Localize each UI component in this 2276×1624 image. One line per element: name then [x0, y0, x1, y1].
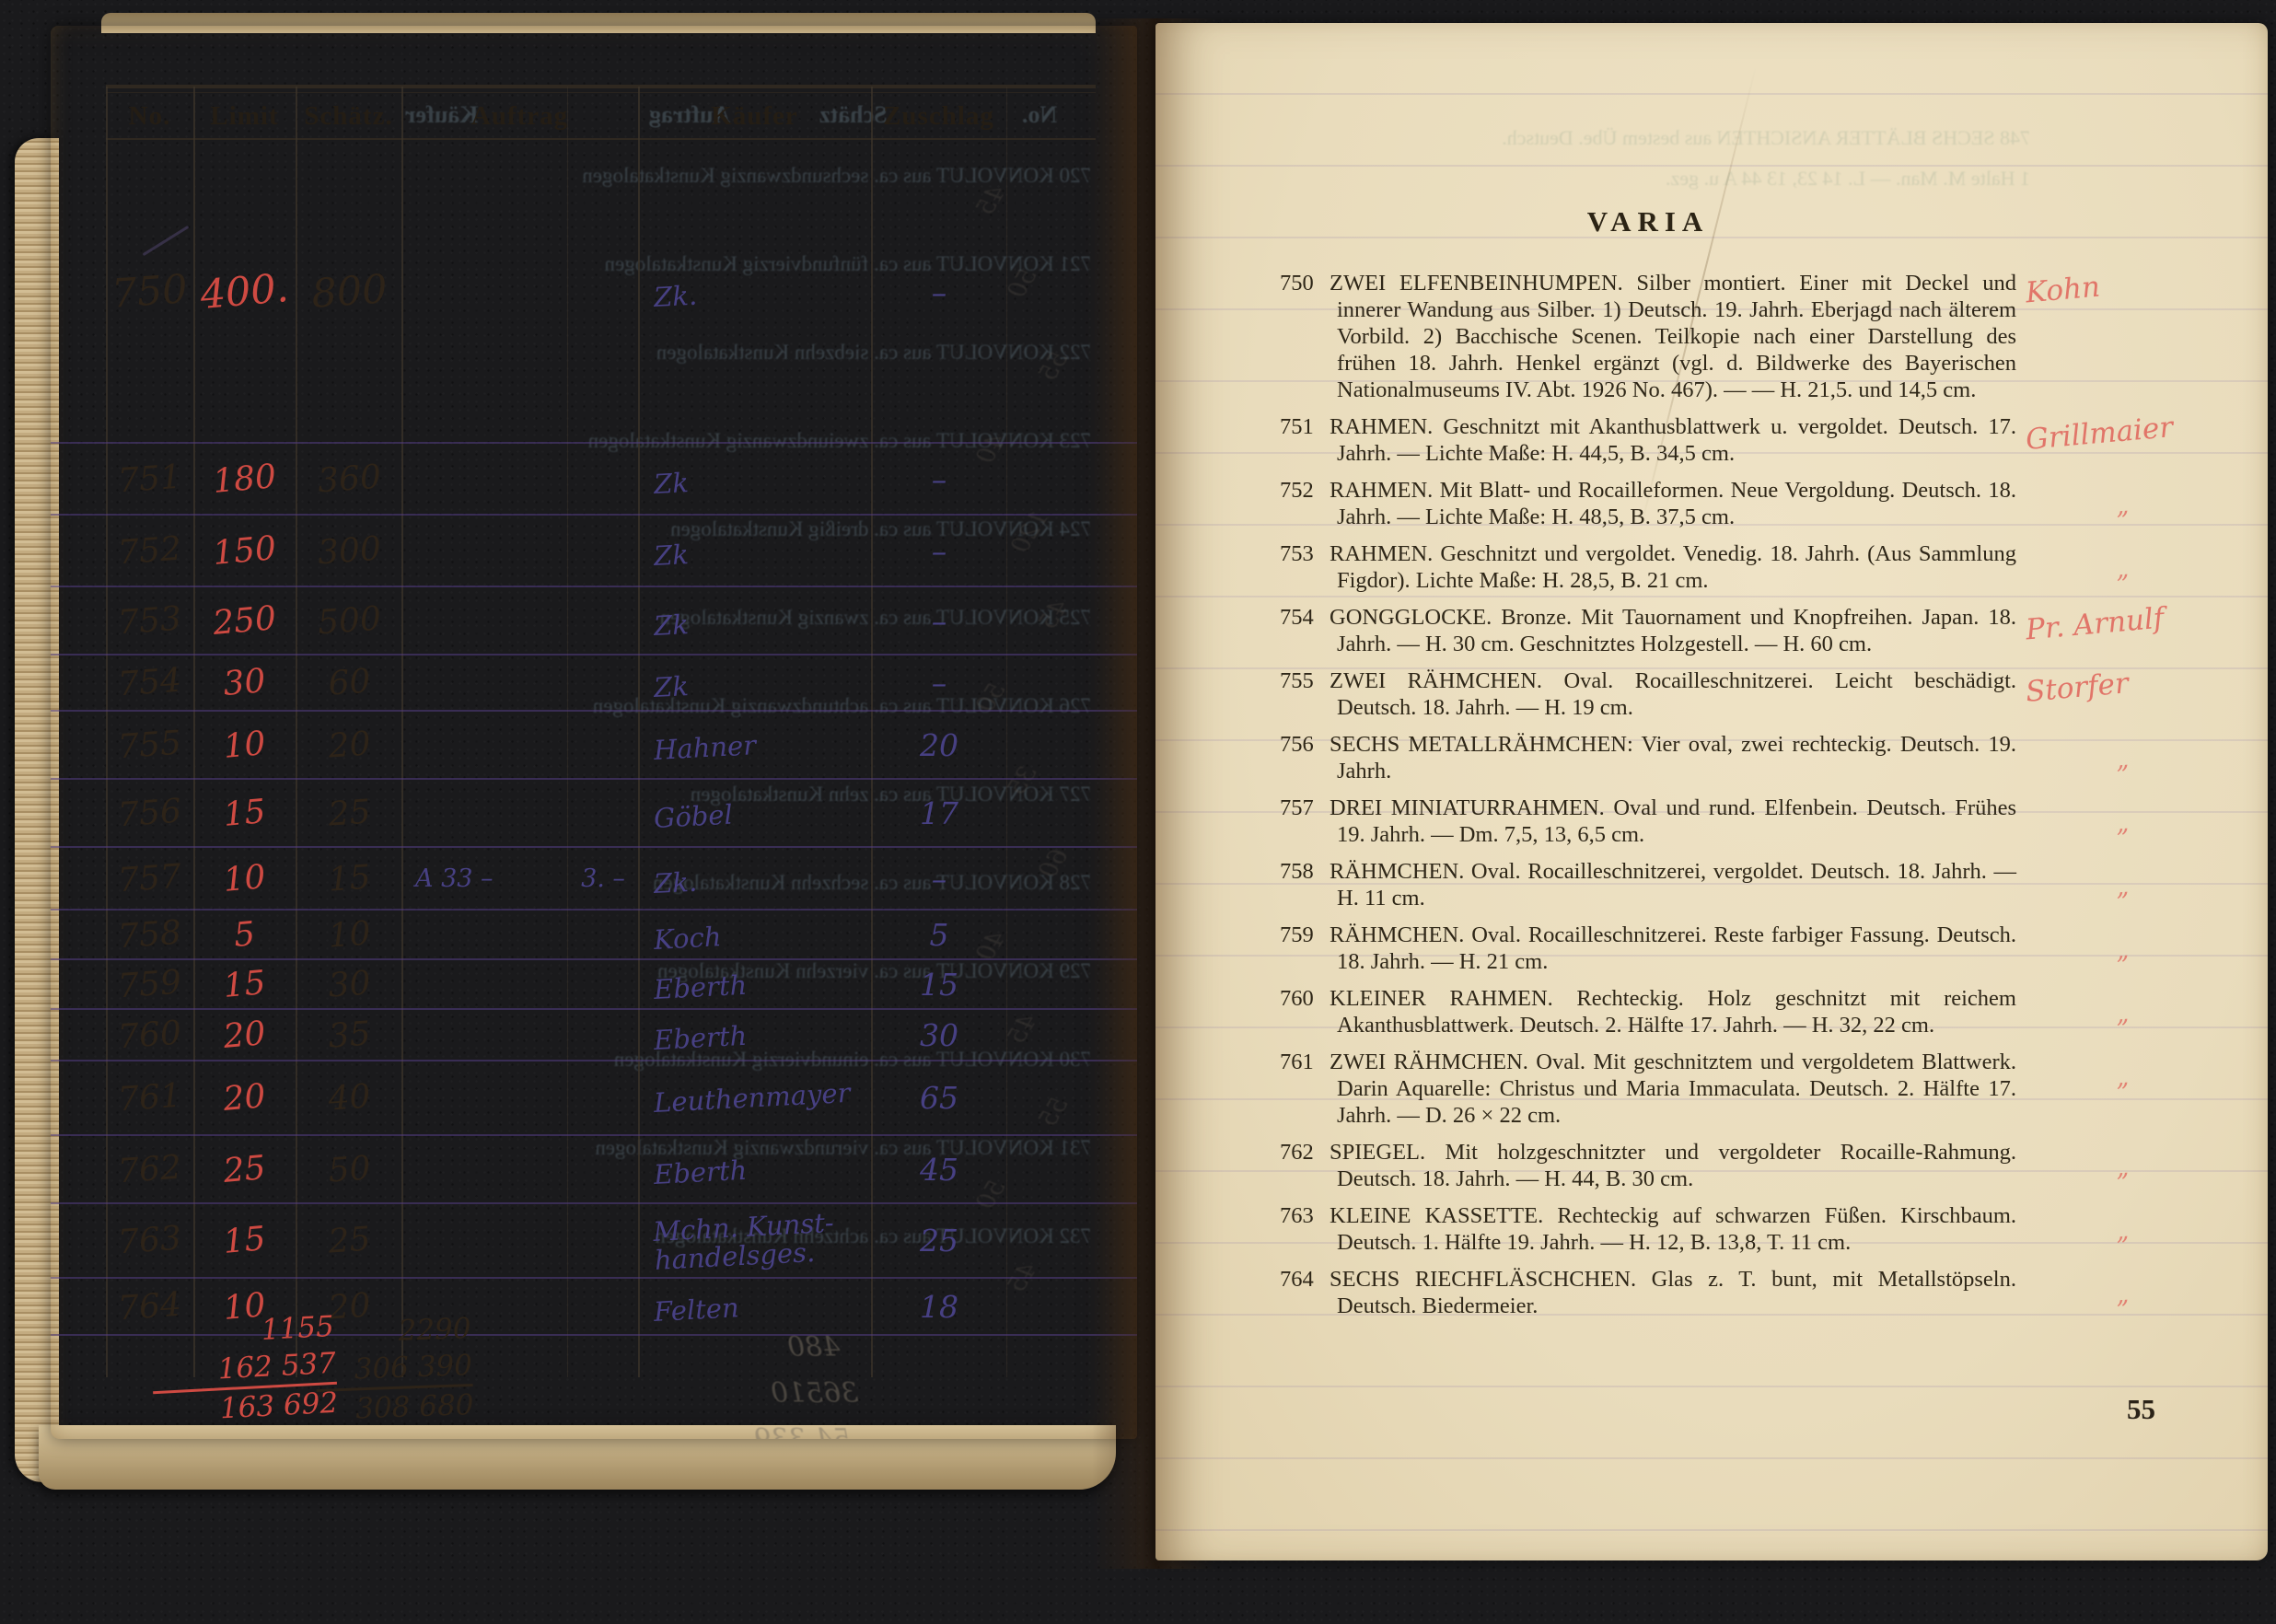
auftrag-note [410, 1010, 570, 1060]
estimate-value: 30 [296, 957, 402, 1012]
catalog-lot: 751RAHMEN. Geschnitzt mit Akanthusblattw… [1280, 413, 2016, 467]
auftrag-note-2 [571, 444, 635, 514]
auftrag-note-2 [571, 960, 635, 1008]
lot-number: 755 [104, 709, 196, 781]
lot-description: RAHMEN. Geschnitzt und vergoldet. Venedi… [1330, 541, 2016, 593]
auftrag-note [410, 780, 570, 846]
hammer-price: – [875, 142, 1004, 442]
margin-annotation: Storfer [2025, 667, 2131, 709]
hammer-price: 17 [875, 780, 1004, 846]
auftrag-note [410, 960, 570, 1008]
lot-number: 752 [103, 513, 195, 588]
lot-description: ZWEI ELFENBEINHUMPEN. Silber montiert. E… [1330, 271, 2016, 402]
lot-number: 752 [1280, 477, 1330, 504]
auftrag-note-2 [571, 1010, 635, 1060]
estimate-value: 360 [295, 440, 403, 517]
estimate-value: 50 [296, 1132, 404, 1206]
estimate-value: 40 [295, 1058, 403, 1138]
buyer-name: Zk [643, 510, 877, 592]
lot-description: SECHS METALLRÄHMCHEN: Vier oval, zwei re… [1330, 732, 2016, 783]
buyer-name: Göbel [643, 774, 876, 853]
catalog-page: 748 SECHS BLÄTTER ANSICHTEN aus bestem Ü… [1155, 23, 2268, 1560]
catalog-lot: 755ZWEI RÄHMCHEN. Oval. Rocailleschnitze… [1280, 667, 2016, 721]
lot-description: RAHMEN. Mit Blatt- und Rocailleformen. N… [1330, 478, 2016, 529]
lot-number: 758 [1280, 858, 1330, 885]
table-top-rule [106, 85, 1096, 88]
ledger-row: 750400.800Zk.– [51, 142, 1137, 444]
lot-number: 758 [104, 908, 194, 962]
lot-number: 762 [1280, 1139, 1330, 1166]
buyer-name: Leuthenmayer [643, 1056, 877, 1141]
lot-number: 764 [1280, 1266, 1330, 1293]
catalog-page-inner: 748 SECHS BLÄTTER ANSICHTEN aus bestem Ü… [1155, 23, 2268, 1560]
lot-number: 760 [104, 1007, 195, 1062]
ledger-row: 7561525Göbel17 [51, 780, 1137, 848]
catalog-lot: 758RÄHMCHEN. Oval. Rocailleschnitzerei, … [1280, 858, 2016, 911]
book-scan: 720 KONVOLUT aus ca. sechsundzwanzig Kun… [0, 0, 2276, 1624]
column-header-auftrag: Auftrag [401, 96, 638, 136]
auftrag-note-2 [571, 1204, 635, 1277]
total-schaetz-sum: 308 680 [317, 1384, 474, 1429]
limit-value: 15 [192, 956, 297, 1012]
buyer-name: Zk. [643, 842, 876, 915]
buyer-name: Zk. [637, 136, 883, 448]
estimate-value: 800 [287, 138, 412, 445]
margin-annotation: Kohn [2025, 271, 2102, 310]
lot-description: RAHMEN. Geschnitzt mit Akanthusblattwerk… [1330, 414, 2016, 466]
lot-number: 753 [104, 585, 196, 656]
lot-number: 753 [1280, 540, 1330, 567]
lot-number: 762 [104, 1133, 196, 1205]
margin-annotation: „ [2115, 1153, 2131, 1182]
lot-number: 755 [1280, 667, 1330, 694]
ledger-row: 758510Koch5 [51, 911, 1137, 960]
auftrag-note-2 [571, 911, 635, 958]
auftrag-note-2 [571, 516, 635, 586]
catalog-lot: 754GONGGLOCKE. Bronze. Mit Tauornament u… [1280, 604, 2016, 657]
limit-value: 10 [191, 707, 298, 782]
estimate-value: 15 [296, 844, 403, 912]
buyer-name: Zk [643, 582, 876, 660]
hammer-price: 15 [875, 960, 1004, 1008]
lot-number: 754 [1280, 604, 1330, 631]
lot-number: 760 [1280, 985, 1330, 1012]
lot-description: RÄHMCHEN. Oval. Rocailleschnitzerei, ver… [1330, 859, 2016, 911]
ledger-page-inner: 720 KONVOLUT aus ca. sechsundzwanzig Kun… [51, 26, 1137, 1439]
lot-description: GONGGLOCKE. Bronze. Mit Tauornament und … [1330, 605, 2016, 656]
lot-description: DREI MINIATURRAHMEN. Oval und rund. Elfe… [1330, 795, 2016, 847]
limit-value: 20 [192, 1005, 297, 1063]
estimate-value: 500 [296, 584, 404, 657]
catalog-lot: 759RÄHMCHEN. Oval. Rocailleschnitzerei. … [1280, 922, 2016, 975]
margin-annotation: „ [2115, 808, 2131, 838]
lot-number: 756 [1280, 731, 1330, 758]
limit-value: 10 [191, 843, 297, 912]
lot-number: 751 [1280, 413, 1330, 440]
auftrag-note-2 [571, 780, 635, 846]
ledger-row: 751180360Zk– [51, 444, 1137, 516]
margin-notes: KohnGrillmaier„„Pr. ArnulfStorfer„„„„„„„… [2026, 270, 2265, 1467]
auftrag-note [410, 911, 570, 958]
ledger-totals: 1155 162 537 163 692 2290 306 390 308 68… [51, 1313, 1137, 1433]
lot-number: 763 [103, 1201, 195, 1280]
hammer-price: 45 [875, 1136, 1004, 1202]
auftrag-note [410, 1136, 570, 1202]
auftrag-note [410, 587, 570, 654]
column-header-no: No. [106, 96, 193, 136]
hammer-price: 30 [875, 1010, 1004, 1060]
total-schaetz-2: 306 390 [315, 1347, 472, 1389]
ledger-row: 752150300Zk– [51, 516, 1137, 587]
limit-value: 20 [191, 1057, 298, 1138]
total-limit-sum: 163 692 [153, 1382, 339, 1431]
catalog-lot: 763KLEINE KASSETTE. Rechteckig auf schwa… [1280, 1202, 2016, 1256]
margin-annotation: Pr. Arnulf [2025, 602, 2166, 647]
buyer-name: Eberth [643, 1131, 876, 1209]
auftrag-note-2 [571, 587, 635, 654]
estimate-value: 20 [296, 708, 404, 782]
ledger-row: 7551020Hahner20 [51, 712, 1137, 780]
limit-value: 5 [192, 906, 297, 962]
hammer-price: 5 [875, 911, 1004, 958]
catalog-lot: 753RAHMEN. Geschnitzt und vergoldet. Ven… [1280, 540, 2016, 594]
lot-number: 757 [1280, 795, 1330, 821]
estimate-value: 60 [296, 652, 403, 713]
column-header-limit: Limit [193, 96, 296, 136]
estimate-value: 35 [296, 1006, 402, 1063]
catalog-lot: 764SECHS RIECHFLÄSCHCHEN. Glas z. T. bun… [1280, 1266, 2016, 1319]
catalog-lot: 752RAHMEN. Mit Blatt- und Rocailleformen… [1280, 477, 2016, 530]
auftrag-note [410, 516, 570, 586]
lot-description: RÄHMCHEN. Oval. Rocailleschnitzerei. Res… [1330, 922, 2016, 974]
margin-annotation: „ [2115, 491, 2131, 520]
limit-value: 150 [191, 511, 298, 589]
ledger-row: 7591530Eberth15 [51, 960, 1137, 1010]
catalog-lot: 750ZWEI ELFENBEINHUMPEN. Silber montiert… [1280, 270, 2016, 403]
catalog-lot: 756SECHS METALLRÄHMCHEN: Vier oval, zwei… [1280, 731, 2016, 784]
lot-description: ZWEI RÄHMCHEN. Oval. Mit geschnitztem un… [1330, 1050, 2016, 1128]
lot-number: 759 [1280, 922, 1330, 948]
column-header-kaeufer: Käufer [638, 96, 871, 136]
limit-value: 180 [191, 439, 298, 517]
catalog-lot: 757DREI MINIATURRAHMEN. Oval und rund. E… [1280, 795, 2016, 848]
limit-value: 30 [192, 651, 298, 713]
lot-number: 756 [104, 777, 196, 849]
estimate-value: 300 [295, 512, 403, 589]
catalog-lot: 761ZWEI RÄHMCHEN. Oval. Mit geschnitztem… [1280, 1049, 2016, 1129]
lot-number: 750 [1280, 270, 1330, 296]
margin-annotation: „ [2115, 1216, 2131, 1246]
estimate-value: 10 [296, 907, 402, 962]
limit-value: 250 [191, 583, 298, 657]
table-top-rule-2 [106, 92, 1096, 93]
ledger-row: 7602035Eberth30 [51, 1010, 1137, 1061]
auftrag-note [410, 444, 570, 514]
column-header-zuschlag: Zuschlag [871, 96, 1006, 136]
margin-annotation: „ [2115, 1280, 2131, 1309]
lot-number: 761 [1280, 1049, 1330, 1075]
hammer-price: 25 [875, 1204, 1004, 1277]
section-title: VARIA [1280, 205, 2016, 238]
lot-description: KLEINER RAHMEN. Rechteckig. Holz geschni… [1330, 986, 2016, 1038]
lot-description: SPIEGEL. Mit holzgeschnitzter und vergol… [1330, 1140, 2016, 1191]
hammer-price: – [875, 444, 1004, 514]
margin-annotation: „ [2115, 1062, 2131, 1092]
ledger-row: 7612040Leuthenmayer65 [51, 1061, 1137, 1136]
lot-number: 761 [103, 1059, 195, 1137]
margin-annotation: „ [2115, 554, 2131, 584]
auftrag-note-2 [571, 655, 635, 710]
lot-number: 754 [104, 653, 195, 713]
totals-schaetz-column: 2290 306 390 308 680 [314, 1310, 474, 1429]
lot-description: KLEINE KASSETTE. Rechteckig auf schwarze… [1330, 1203, 2016, 1255]
catalog-lots: 750ZWEI ELFENBEINHUMPEN. Silber montiert… [1280, 270, 2016, 1329]
lot-description: SECHS RIECHFLÄSCHCHEN. Glas z. T. bunt, … [1330, 1267, 2016, 1318]
auftrag-note-2 [571, 712, 635, 778]
auftrag-note [410, 1204, 570, 1277]
hammer-price: – [875, 516, 1004, 586]
ledger-rows: 750400.800Zk.–751180360Zk–752150300Zk–75… [51, 142, 1137, 1336]
column-header-schaetz: Schätz. [296, 96, 401, 136]
margin-annotation: Grillmaier [2025, 411, 2175, 457]
auftrag-note [410, 712, 570, 778]
auftrag-note-2: 3. – [571, 848, 635, 909]
auftrag-note-2 [571, 142, 635, 442]
lot-number: 763 [1280, 1202, 1330, 1229]
total-schaetz-1: 2290 [314, 1310, 471, 1352]
auftrag-note [410, 142, 570, 442]
hammer-price: – [875, 587, 1004, 654]
hammer-price: – [875, 655, 1004, 710]
catalog-lot: 762SPIEGEL. Mit holzgeschnitzter und ver… [1280, 1139, 2016, 1192]
hammer-price: 20 [875, 712, 1004, 778]
auftrag-note [410, 655, 570, 710]
lot-number: 759 [104, 957, 194, 1012]
totals-limit-column: 1155 162 537 163 692 [149, 1308, 339, 1431]
limit-value: 15 [191, 775, 298, 850]
buyer-name: Hahner [643, 706, 876, 784]
estimate-value: 25 [296, 776, 404, 850]
bleed-through-text: 1 Halte M. Man. — L. 14 23, 13 44 A u. g… [1349, 167, 2030, 191]
ledger-row: 7622550Eberth45 [51, 1136, 1137, 1204]
ledger-row: 753250500Zk– [51, 587, 1137, 655]
lot-number: 751 [103, 441, 195, 516]
buyer-name: Mchn. Kunst- handelsges. [643, 1199, 877, 1283]
bleed-through-header: No. [1022, 101, 1057, 129]
buyer-name: Zk [643, 438, 877, 520]
auftrag-note-2 [571, 1061, 635, 1134]
limit-value: 15 [191, 1200, 298, 1281]
lot-number: 757 [104, 845, 195, 911]
margin-annotation: „ [2115, 999, 2131, 1028]
estimate-value: 25 [295, 1201, 403, 1281]
auftrag-note [410, 1061, 570, 1134]
ledger-row: 7571015A 33 –3. –Zk.– [51, 848, 1137, 911]
limit-value: 25 [191, 1131, 298, 1206]
bleed-through-text: 748 SECHS BLÄTTER ANSICHTEN aus bestem Ü… [1349, 126, 2030, 150]
auftrag-note-2 [571, 1136, 635, 1202]
auftrag-note: A 33 – [410, 848, 570, 909]
hammer-price: – [875, 848, 1004, 909]
page-number: 55 [2127, 1393, 2155, 1426]
lot-description: ZWEI RÄHMCHEN. Oval. Rocailleschnitzerei… [1330, 668, 2016, 720]
hammer-price: 65 [875, 1061, 1004, 1134]
ledger-page: 720 KONVOLUT aus ca. sechsundzwanzig Kun… [51, 26, 1137, 1439]
margin-annotation: „ [2115, 872, 2131, 901]
ledger-row: 7631525Mchn. Kunst- handelsges.25 [51, 1204, 1137, 1279]
margin-annotation: „ [2115, 935, 2131, 965]
catalog-lot: 760KLEINER RAHMEN. Rechteckig. Holz gesc… [1280, 985, 2016, 1038]
margin-annotation: „ [2115, 745, 2131, 774]
buyer-name: Zk [644, 649, 877, 715]
ledger-row: 7543060Zk– [51, 655, 1137, 712]
